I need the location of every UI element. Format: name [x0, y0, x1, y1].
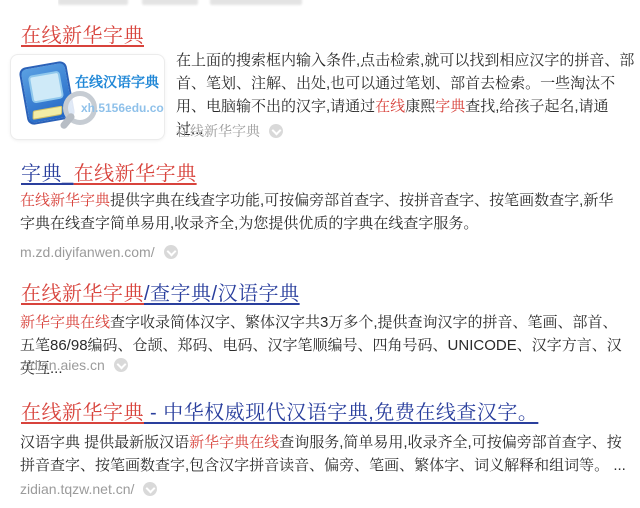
book-cover-panel [28, 71, 64, 104]
book-pages [32, 106, 62, 120]
result-4-url-row: zidian.tqzw.net.cn/ [20, 481, 157, 497]
cutoff-fragment [142, 0, 198, 5]
result-title-highlight: 在线新华字典 [74, 163, 197, 185]
result-title-text: /查字典/汉语字典 [144, 283, 300, 305]
result-1-title-link[interactable]: 在线新华字典 [21, 19, 144, 48]
result-2-title-link[interactable]: 字典_在线新华字典 [21, 157, 197, 186]
result-title-text: - 中华权威现代汉语字典,免费在线查汉字。 [144, 402, 538, 424]
thumbnail-site-domain: xh.5156edu.com [81, 101, 165, 115]
result-title-highlight: 在线新华字典 [21, 283, 144, 305]
result-3-title-link[interactable]: 在线新华字典/查字典/汉语字典 [21, 277, 300, 306]
cutoff-fragment [58, 0, 128, 5]
result-3-url-row: zidian.aies.cn [20, 357, 128, 373]
result-url-label: zidian.tqzw.net.cn/ [20, 481, 134, 497]
desc-highlight: 在线 [375, 98, 405, 115]
cutoff-fragment [210, 0, 302, 5]
desc-highlight: 新华字典在线 [20, 314, 110, 331]
result-title-text: 字典_ [21, 163, 74, 185]
result-4-description: 汉语字典 提供最新版汉语新华字典在线查询服务,简单易用,收录齐全,可按偏旁部首查… [20, 431, 632, 477]
result-1-thumbnail[interactable]: 在线汉语字典 xh.5156edu.com [10, 54, 165, 140]
result-2-url-row: m.zd.diyifanwen.com/ [20, 244, 178, 260]
result-url-label: zidian.aies.cn [20, 357, 105, 373]
desc-text: 康熙 [405, 98, 435, 115]
chevron-down-icon[interactable] [143, 482, 157, 496]
thumbnail-site-name: 在线汉语字典 [75, 72, 159, 92]
result-url-label: m.zd.diyifanwen.com/ [20, 244, 155, 260]
desc-text: 汉语字典 提供最新版汉语 [20, 434, 189, 451]
result-1-source-row: 在线新华字典 [176, 121, 283, 141]
desc-highlight: 字典 [435, 98, 465, 115]
result-2-description: 在线新华字典提供字典在线查字功能,可按偏旁部首查字、按拼音查字、按笔画数查字,新… [20, 189, 626, 235]
result-title-highlight: 在线新华字典 [21, 402, 144, 424]
chevron-down-icon[interactable] [164, 245, 178, 259]
chevron-down-icon[interactable] [269, 124, 283, 138]
result-4-title-link[interactable]: 在线新华字典 - 中华权威现代汉语字典,免费在线查汉字。 [21, 396, 538, 425]
result-title-text: 在线新华字典 [21, 25, 144, 47]
desc-highlight: 在线新华字典 [20, 192, 110, 209]
result-source-label: 在线新华字典 [176, 121, 260, 141]
chevron-down-icon[interactable] [114, 358, 128, 372]
cutoff-content-above [58, 0, 318, 7]
desc-highlight: 新华字典在线 [189, 434, 279, 451]
